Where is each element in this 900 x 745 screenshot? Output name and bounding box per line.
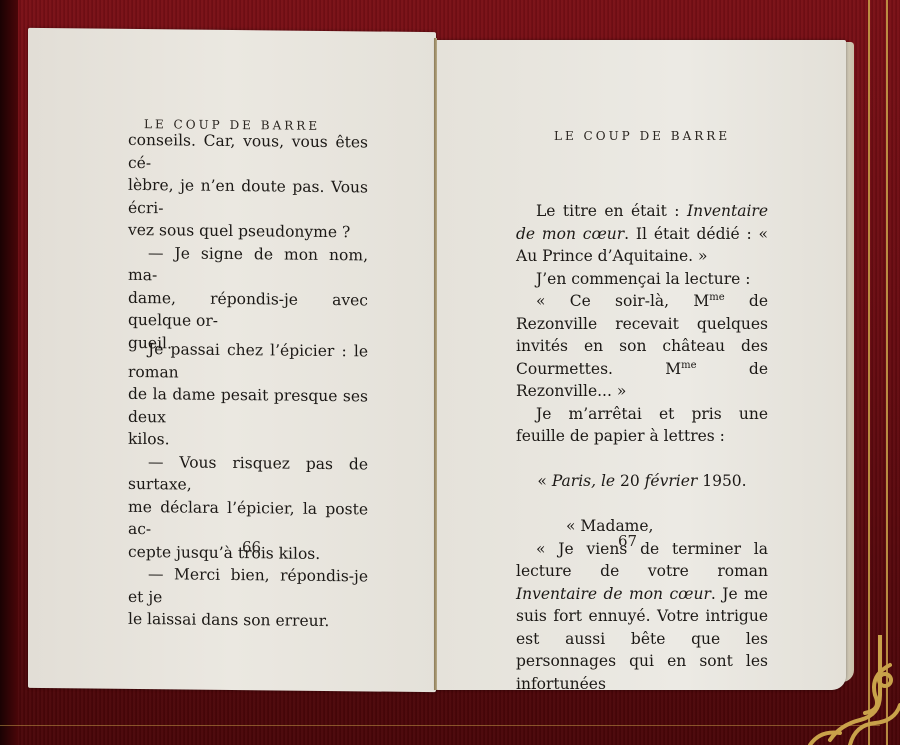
gold-fillet xyxy=(868,0,870,745)
left-page: LE COUP DE BARRE conseils. Car, vous, vo… xyxy=(28,28,436,692)
right-page: LE COUP DE BARRE Le titre en était : Inv… xyxy=(436,40,846,690)
text: Le titre en était : xyxy=(536,202,687,220)
text-line: Je passai chez l’épicier : le roman xyxy=(128,338,368,386)
text-line: de la dame pesait presque ses deux xyxy=(128,383,368,431)
text-line: lèbre, je n’en doute pas. Vous écri- xyxy=(128,174,368,222)
text-line: conseils. Car, vous, vous êtes cé- xyxy=(128,129,368,177)
text: février xyxy=(645,472,698,490)
text-block: conseils. Car, vous, vous êtes cé- lèbre… xyxy=(128,129,368,357)
text: Paris, le xyxy=(552,472,615,490)
gold-fillet xyxy=(886,0,888,745)
paragraph: J’en commençai la lecture : xyxy=(516,268,768,291)
text-block: Je passai chez l’épicier : le roman de l… xyxy=(128,338,368,633)
text-line: vez sous quel pseudonyme ? xyxy=(128,219,368,244)
book-gutter xyxy=(434,38,437,690)
text-line: — Vous risquez pas de surtaxe, xyxy=(128,450,368,498)
paragraph: Je m’arrêtai et pris une feuille de papi… xyxy=(516,403,768,448)
page-number: 67 xyxy=(618,532,637,550)
text: « Je viens de terminer la lecture de vot… xyxy=(516,540,768,581)
text: « xyxy=(537,472,551,490)
superscript: me xyxy=(681,359,696,370)
salutation: « Madame, xyxy=(516,515,768,538)
text-block: Le titre en était : Inventaire de mon cœ… xyxy=(516,200,768,695)
cover-shadow xyxy=(0,0,18,745)
paragraph: « Ce soir-là, Mme de Rezonville recevait… xyxy=(516,290,768,403)
text-line: — Merci bien, répondis-je et je xyxy=(128,563,368,611)
paragraph: « Je viens de terminer la lecture de vot… xyxy=(516,538,768,696)
gold-fillet xyxy=(0,725,880,726)
text-line: — Je signe de mon nom, ma- xyxy=(128,241,368,289)
text-line: me déclara l’épicier, la poste ac- xyxy=(128,495,368,543)
page-number: 66 xyxy=(242,538,261,556)
paragraph: Le titre en était : Inventaire de mon cœ… xyxy=(516,200,768,268)
running-head: LE COUP DE BARRE xyxy=(554,129,730,143)
text-line: le laissai dans son erreur. xyxy=(128,608,368,633)
text: 1950. xyxy=(697,472,746,490)
dateline: « Paris, le 20 février 1950. xyxy=(516,470,768,493)
book-title: Inventaire de mon cœur xyxy=(516,585,711,603)
superscript: me xyxy=(709,292,724,303)
text-line: kilos. xyxy=(128,428,368,453)
text: 20 xyxy=(615,472,645,490)
text-line: dame, répondis-je avec quelque or- xyxy=(128,286,368,334)
text: « Ce soir-là, M xyxy=(536,292,709,310)
